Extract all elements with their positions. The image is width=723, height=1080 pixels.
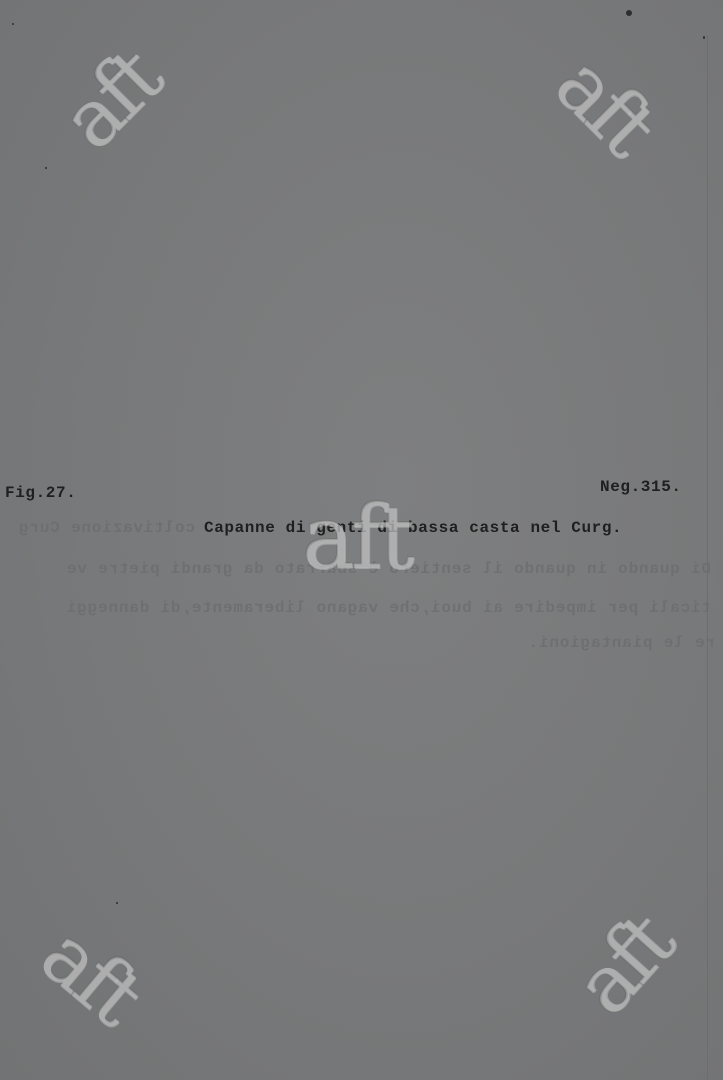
- ink-speck: [703, 36, 705, 39]
- watermark-logo: aft: [542, 42, 667, 167]
- watermark-logo: aft: [302, 494, 410, 582]
- watermark-logo: aft: [48, 37, 173, 162]
- ink-speck: [116, 902, 118, 904]
- page-edge-line: [707, 35, 708, 1080]
- ink-speck: [12, 23, 14, 25]
- figure-label: Fig.27.: [5, 484, 76, 502]
- watermark-logo: aft: [28, 913, 154, 1037]
- scanned-page: coltivazione Curg Di quando in quando il…: [0, 0, 723, 1080]
- ink-speck: [626, 10, 632, 16]
- show-through-line: coltivazione Curg: [5, 519, 195, 537]
- photo-caption: Capanne di genti di bassa casta nel Curg…: [204, 519, 622, 537]
- ink-speck: [45, 167, 47, 169]
- show-through-line: ticali per impedire ai buoi,che vagano l…: [5, 599, 711, 617]
- show-through-line: re le piantagioni.: [515, 634, 715, 652]
- watermark-logo: aft: [561, 902, 686, 1028]
- negative-number: Neg.315.: [600, 478, 682, 496]
